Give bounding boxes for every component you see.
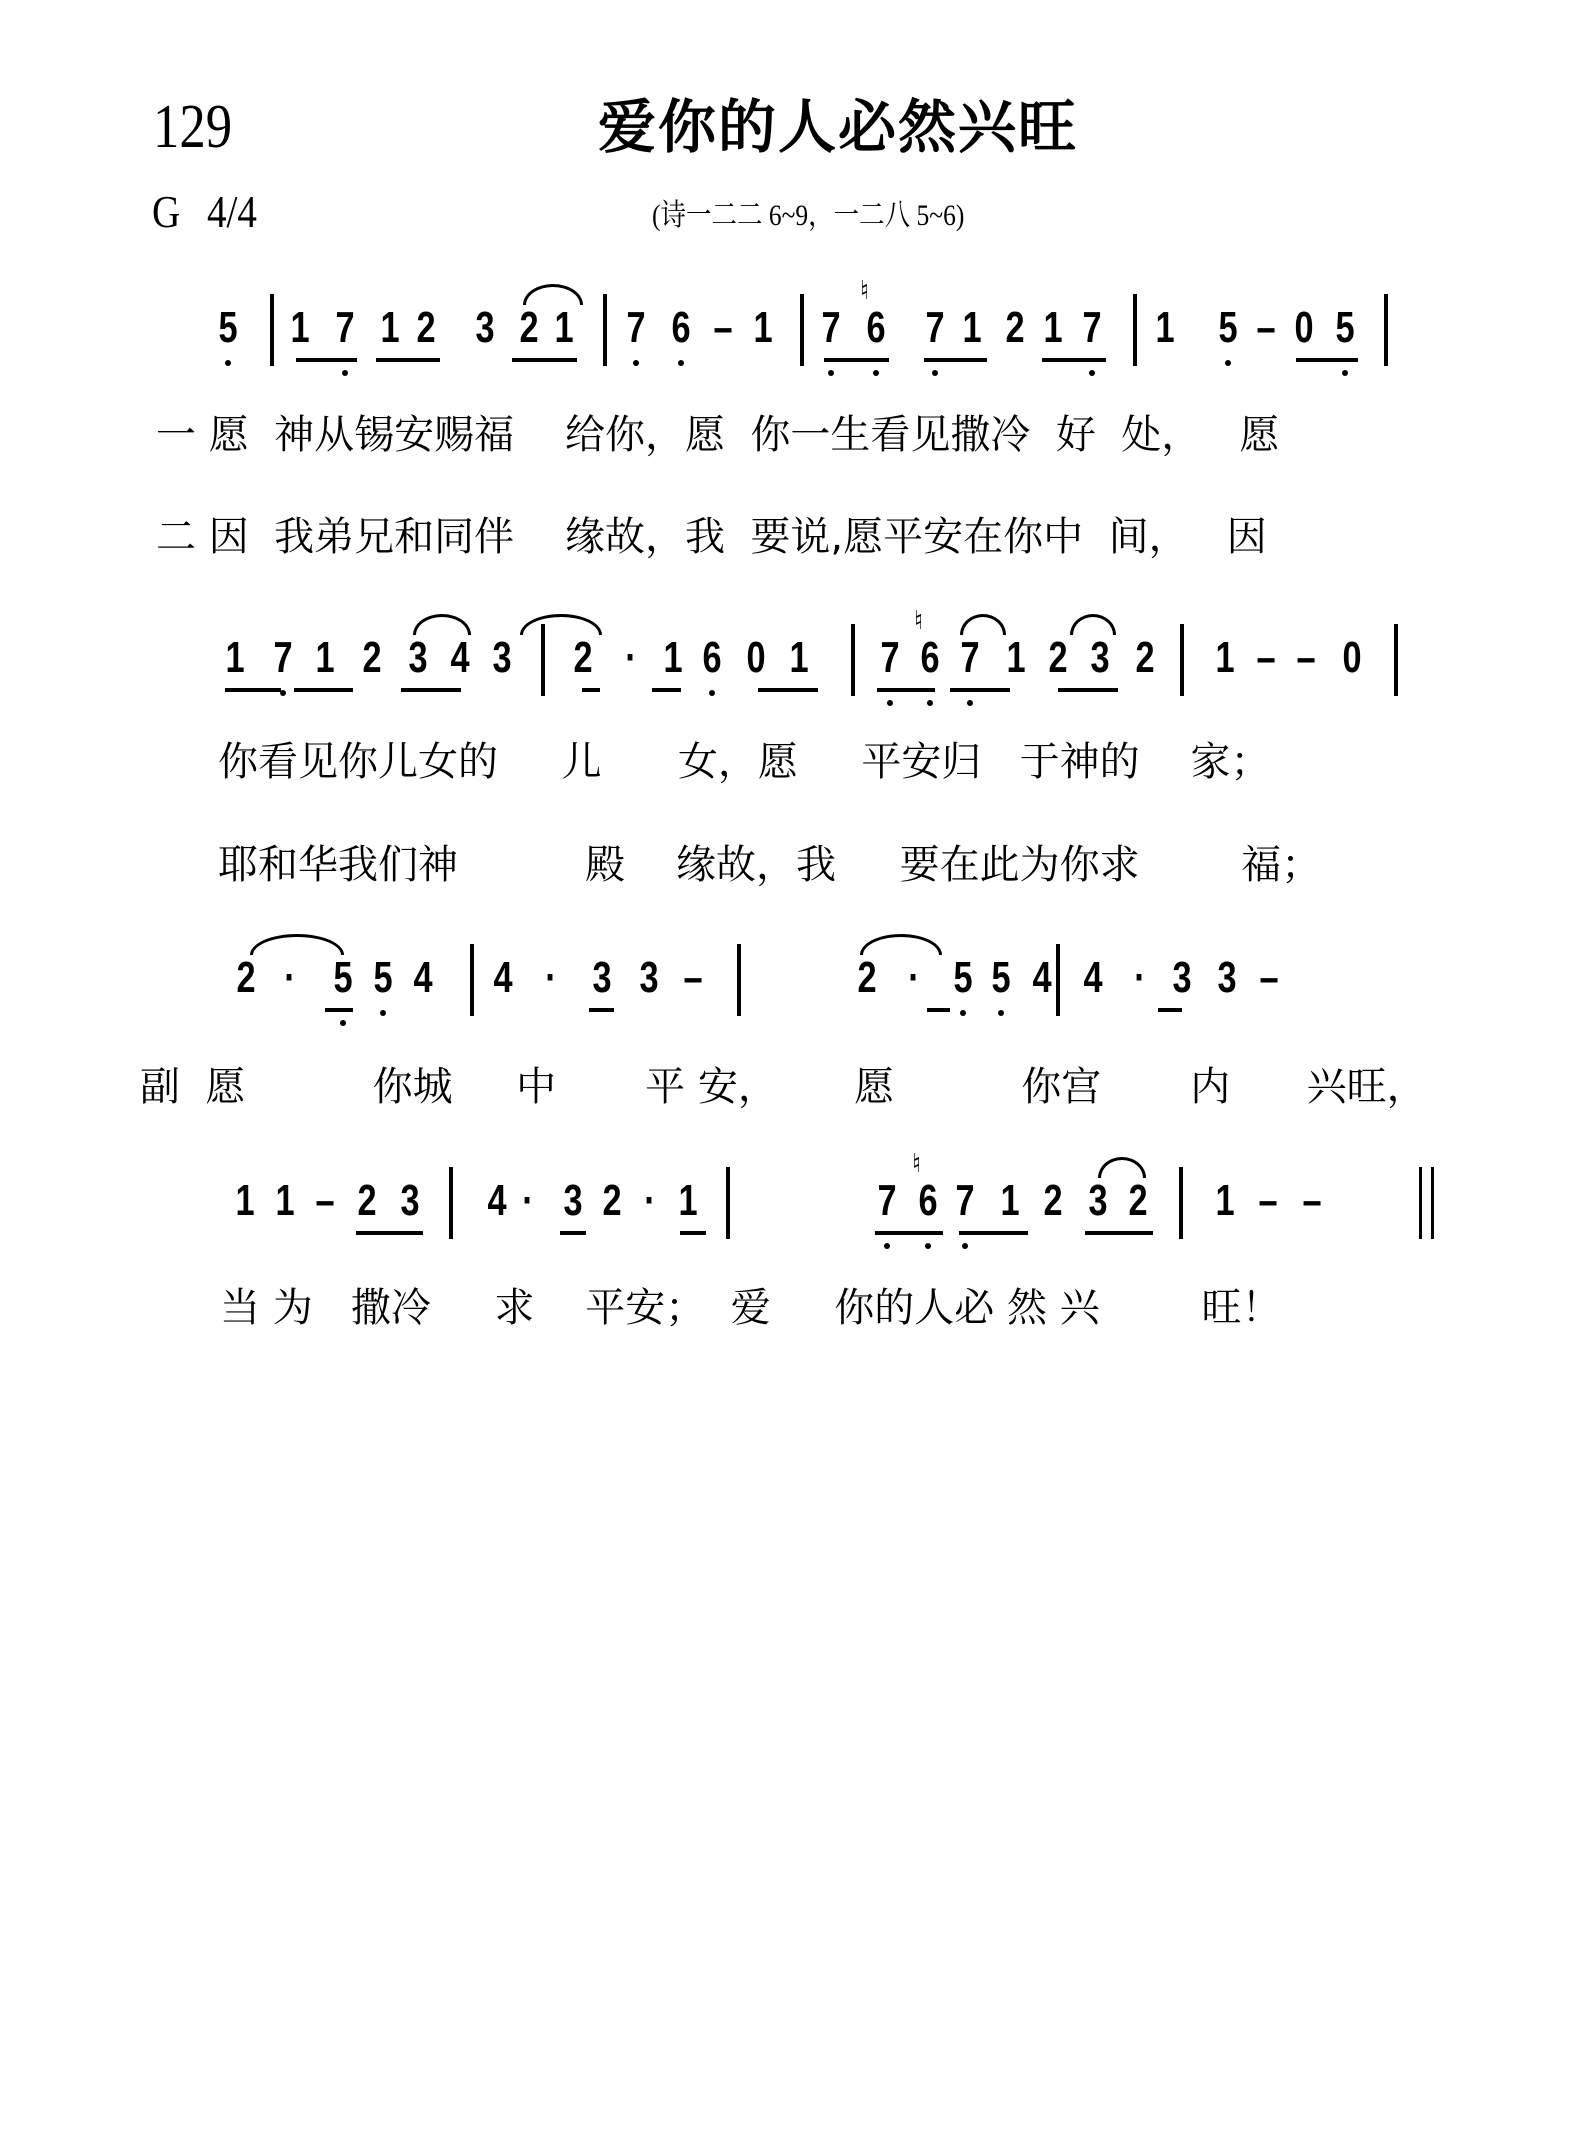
note: 3 — [561, 1173, 584, 1229]
note: 2 — [517, 300, 540, 356]
note: 2 — [414, 300, 437, 356]
dash-extension: – — [1256, 1173, 1279, 1229]
note: 6 — [916, 1173, 939, 1229]
note: 1 — [552, 300, 575, 356]
note: 2 — [355, 1173, 378, 1229]
note: 3 — [1170, 950, 1193, 1006]
eighth-underline — [356, 1231, 423, 1235]
bar-line — [270, 294, 274, 366]
note: 0 — [1292, 300, 1315, 356]
music-line-2: 17123432·160176♮712321––0 — [0, 630, 1571, 730]
note: 7 — [1080, 300, 1103, 356]
final-double-bar — [1431, 1167, 1434, 1239]
note: 7 — [878, 630, 901, 686]
note: 1 — [1213, 1173, 1236, 1229]
note: 3 — [1215, 950, 1238, 1006]
dot-augmentation: · — [278, 950, 301, 1006]
low-octave-dot — [1225, 360, 1231, 366]
slur-arc — [413, 614, 471, 635]
eighth-underline — [1058, 688, 1118, 692]
note: 1 — [1213, 630, 1236, 686]
note: 3 — [406, 630, 429, 686]
dash-extension: – — [681, 950, 704, 1006]
note: 5 — [1333, 300, 1356, 356]
lyric-chorus-line2: 当 为 撒冷 求 平安； 爱 你的人必 然 兴 旺！ — [220, 1283, 1281, 1333]
slur-arc — [960, 614, 1006, 635]
low-octave-dot — [1342, 370, 1348, 376]
dot-augmentation: · — [902, 950, 925, 1006]
bar-line — [1180, 624, 1184, 696]
note: 3 — [490, 630, 513, 686]
eighth-underline — [589, 1008, 614, 1012]
note: 1 — [233, 1173, 256, 1229]
eighth-underline — [512, 358, 577, 362]
note: 4 — [485, 1173, 508, 1229]
eighth-underline — [376, 358, 440, 362]
bar-line — [1384, 294, 1388, 366]
note: 2 — [1133, 630, 1156, 686]
slur-arc — [520, 614, 602, 635]
bar-line — [800, 294, 804, 366]
lyric-verse1-line2: 你看见你儿女的 儿 女，愿 平安归 于神的 家； — [218, 737, 1270, 787]
note: 3 — [590, 950, 613, 1006]
dot-augmentation: · — [539, 950, 562, 1006]
low-octave-dot — [340, 1020, 346, 1026]
eighth-underline — [877, 688, 935, 692]
note: 1 — [661, 630, 684, 686]
low-octave-dot — [962, 1243, 968, 1249]
note: 0 — [744, 630, 767, 686]
bar-line — [449, 1167, 453, 1239]
low-octave-dot — [633, 360, 639, 366]
lyric-verse2-line1: 二 因 我弟兄和同伴 缘故，我 要说,愿平安在你中 间， 因 — [156, 512, 1267, 562]
note: 1 — [751, 300, 774, 356]
low-octave-dot — [828, 370, 834, 376]
eighth-underline — [1296, 358, 1358, 362]
eighth-underline — [758, 688, 818, 692]
bar-line — [1179, 1167, 1183, 1239]
eighth-underline — [924, 358, 987, 362]
note: 6 — [700, 630, 723, 686]
low-octave-dot — [342, 370, 348, 376]
low-octave-dot — [998, 1010, 1004, 1016]
eighth-underline — [225, 688, 281, 692]
note: 7 — [624, 300, 647, 356]
note: 0 — [1340, 630, 1363, 686]
low-octave-dot — [932, 370, 938, 376]
dash-extension: – — [1254, 630, 1277, 686]
eighth-underline — [959, 1231, 1028, 1235]
dash-extension: – — [711, 300, 734, 356]
hymn-title: 爱你的人必然兴旺 — [598, 92, 1078, 162]
eighth-underline — [1085, 1231, 1153, 1235]
lyric-verse2-line2: 耶和华我们神 殿 缘故，我 要在此为你求 福； — [218, 840, 1321, 890]
dash-extension: – — [1294, 630, 1317, 686]
note: 6 — [918, 630, 941, 686]
eighth-underline — [652, 688, 681, 692]
eighth-underline — [1158, 1008, 1182, 1012]
note: 1 — [998, 1173, 1021, 1229]
lyric-verse1-line1: 一 愿 神从锡安赐福 给你，愿 你一生看见撒冷 好 处， 愿 — [156, 410, 1279, 460]
note: 5 — [371, 950, 394, 1006]
slur-arc — [523, 284, 583, 305]
natural-icon: ♮ — [914, 608, 923, 634]
low-octave-dot — [967, 700, 973, 706]
note: 7 — [333, 300, 356, 356]
music-line-1: 5171232176–176♮7121715–05 — [0, 300, 1571, 400]
note: 1 — [288, 300, 311, 356]
low-octave-dot — [927, 700, 933, 706]
eighth-underline — [875, 1231, 943, 1235]
note: 7 — [923, 300, 946, 356]
slur-arc — [860, 934, 942, 955]
note: 1 — [1153, 300, 1176, 356]
note: 5 — [951, 950, 974, 1006]
music-line-4: 11–234·32·176♮712321–– — [0, 1173, 1571, 1273]
note: 7 — [271, 630, 294, 686]
note: 7 — [875, 1173, 898, 1229]
dash-extension: – — [1257, 950, 1280, 1006]
natural-icon: ♮ — [860, 278, 869, 304]
note: 2 — [600, 1173, 623, 1229]
note: 1 — [960, 300, 983, 356]
bar-line — [851, 624, 855, 696]
eighth-underline — [927, 1008, 950, 1012]
bar-line — [737, 944, 741, 1016]
note: 1 — [378, 300, 401, 356]
note: 2 — [571, 630, 594, 686]
natural-icon: ♮ — [912, 1151, 921, 1177]
note: 2 — [855, 950, 878, 1006]
note: 5 — [1216, 300, 1239, 356]
low-octave-dot — [960, 1010, 966, 1016]
note: 4 — [491, 950, 514, 1006]
note: 2 — [360, 630, 383, 686]
low-octave-dot — [887, 700, 893, 706]
low-octave-dot — [884, 1243, 890, 1249]
note: 2 — [1041, 1173, 1064, 1229]
note: 3 — [637, 950, 660, 1006]
note: 1 — [1041, 300, 1064, 356]
dot-augmentation: · — [638, 1173, 661, 1229]
note: 3 — [398, 1173, 421, 1229]
note: 4 — [1081, 950, 1104, 1006]
note: 1 — [273, 1173, 296, 1229]
note: 6 — [864, 300, 887, 356]
note: 6 — [669, 300, 692, 356]
bar-line — [726, 1167, 730, 1239]
hymn-number: 129 — [153, 92, 232, 162]
note: 7 — [953, 1173, 976, 1229]
dot-augmentation: · — [516, 1173, 539, 1229]
low-octave-dot — [709, 690, 715, 696]
note: 4 — [411, 950, 434, 1006]
eighth-underline — [680, 1231, 706, 1235]
note: 1 — [313, 630, 336, 686]
bar-line — [1133, 294, 1137, 366]
note: 2 — [234, 950, 257, 1006]
dash-extension: – — [1254, 300, 1277, 356]
note: 1 — [676, 1173, 699, 1229]
low-octave-dot — [925, 1243, 931, 1249]
note: 3 — [473, 300, 496, 356]
note: 2 — [1046, 630, 1069, 686]
dash-extension: – — [313, 1173, 336, 1229]
note: 7 — [819, 300, 842, 356]
bar-line — [1056, 944, 1060, 1016]
bar-line — [470, 944, 474, 1016]
eighth-underline — [325, 1008, 353, 1012]
final-double-bar — [1419, 1167, 1422, 1239]
note: 4 — [448, 630, 471, 686]
note: 3 — [1086, 1173, 1109, 1229]
low-octave-dot — [225, 360, 231, 366]
note: 4 — [1030, 950, 1053, 1006]
dot-augmentation: · — [619, 630, 642, 686]
low-octave-dot — [678, 360, 684, 366]
bar-line — [1394, 624, 1398, 696]
dash-extension: – — [1300, 1173, 1323, 1229]
note: 1 — [787, 630, 810, 686]
eighth-underline — [950, 688, 1010, 692]
slur-arc — [1070, 614, 1116, 635]
note: 1 — [1004, 630, 1027, 686]
slur-arc — [250, 934, 344, 955]
slur-arc — [1098, 1157, 1146, 1178]
dot-augmentation: · — [1128, 950, 1151, 1006]
note: 5 — [989, 950, 1012, 1006]
eighth-underline — [401, 688, 461, 692]
eighth-underline — [824, 358, 889, 362]
low-octave-dot — [873, 370, 879, 376]
note: 2 — [1126, 1173, 1149, 1229]
lyric-chorus-line1: 副 愿 你城 中 平 安， 愿 你宫 内 兴旺， — [140, 1062, 1427, 1112]
note: 3 — [1088, 630, 1111, 686]
low-octave-dot — [380, 1010, 386, 1016]
eighth-underline — [582, 688, 600, 692]
note: 7 — [958, 630, 981, 686]
note: 1 — [223, 630, 246, 686]
bar-line — [603, 294, 607, 366]
low-octave-dot — [1089, 370, 1095, 376]
scripture-reference: (诗一二二 6~9，一二八 5~6) — [652, 196, 964, 236]
eighth-underline — [294, 688, 353, 692]
note: 2 — [1003, 300, 1026, 356]
eighth-underline — [1042, 358, 1106, 362]
key-time-signature: G 4/4 — [152, 184, 257, 240]
eighth-underline — [296, 358, 357, 362]
eighth-underline — [560, 1231, 586, 1235]
note: 5 — [331, 950, 354, 1006]
note: 5 — [216, 300, 239, 356]
music-line-3: 2·5544·33–2·5544·33– — [0, 950, 1571, 1050]
